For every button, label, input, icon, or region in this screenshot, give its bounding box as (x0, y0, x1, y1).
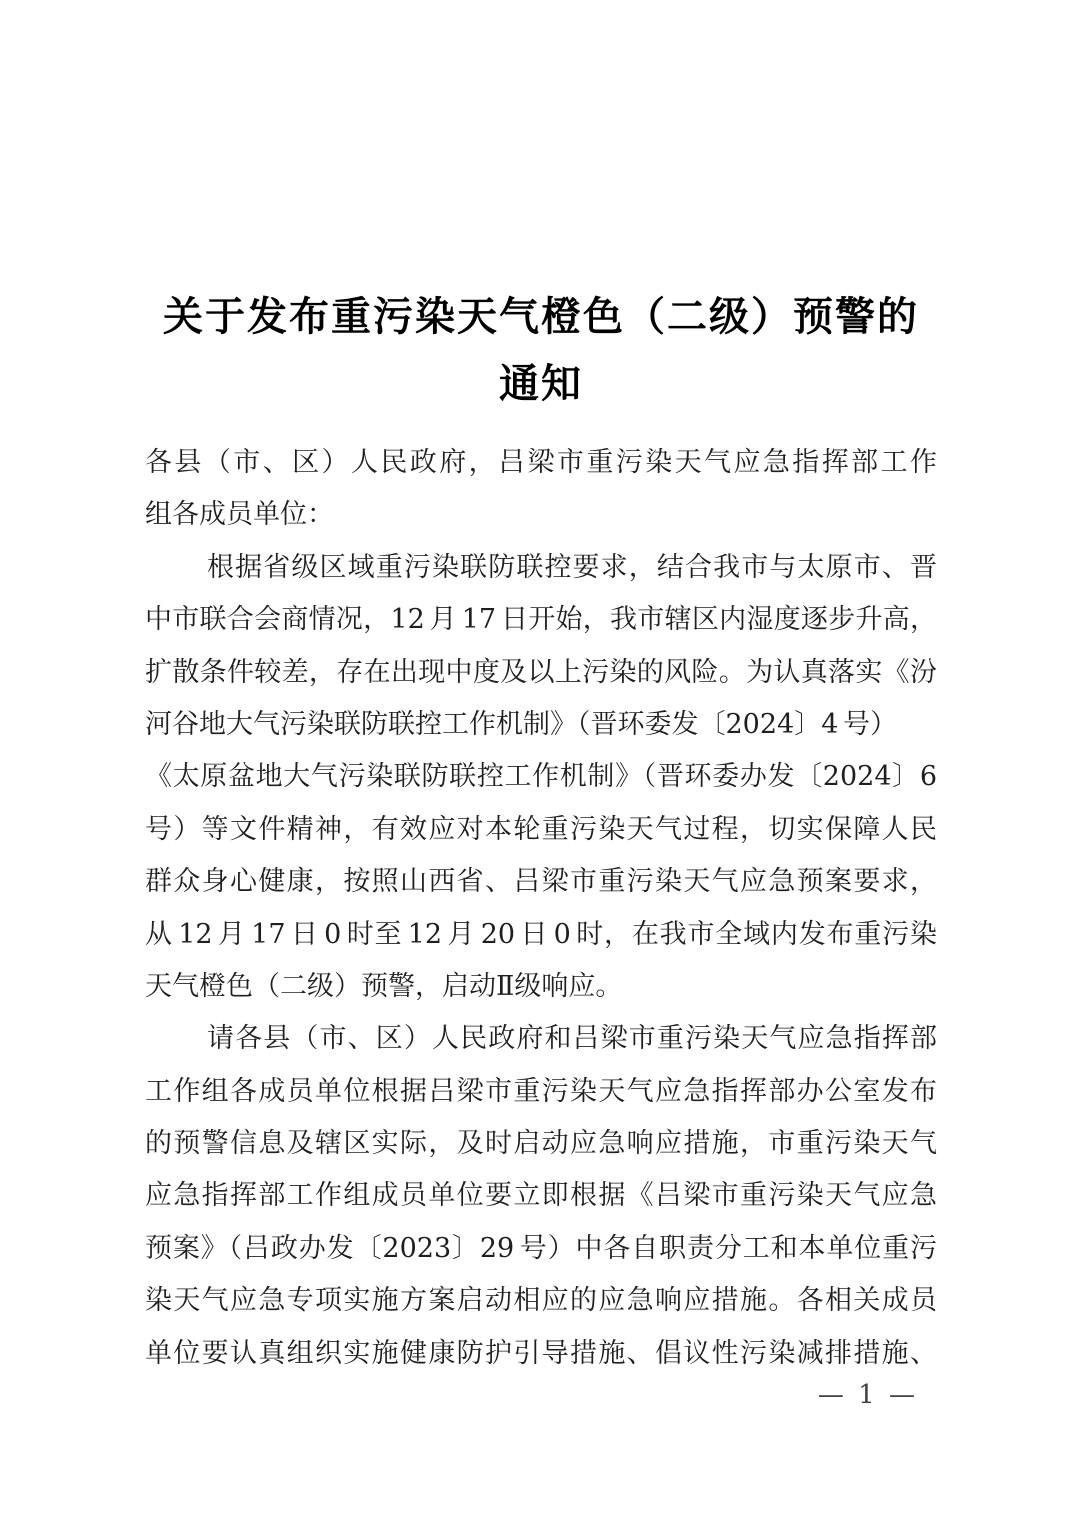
body-line: 扩散条件较差，存在出现中度及以上污染的风险。为认真落实《汾 (145, 647, 937, 699)
body-line: 中市联合会商情况，12 月 17 日开始，我市辖区内湿度逐步升高， (145, 594, 937, 646)
body-line: 工作组各成员单位根据吕梁市重污染天气应急指挥部办公室发布 (145, 1066, 937, 1118)
body-line: 应急指挥部工作组成员单位要立即根据《吕梁市重污染天气应急 (145, 1170, 937, 1222)
body-line: 请各县（市、区）人民政府和吕梁市重污染天气应急指挥部 (145, 1013, 937, 1065)
body-line: 根据省级区域重污染联防联控要求，结合我市与太原市、晋 (145, 542, 937, 594)
body-line: 天气橙色（二级）预警，启动Ⅱ级响应。 (145, 961, 937, 1013)
body-line: 预案》（吕政办发〔2023〕29 号）中各自职责分工和本单位重污 (145, 1223, 937, 1275)
document-body: 各县（市、区）人民政府，吕梁市重污染天气应急指挥部工作 组各成员单位： 根据省级… (145, 437, 937, 1380)
body-line: 各县（市、区）人民政府，吕梁市重污染天气应急指挥部工作 (145, 437, 937, 489)
body-line: 组各成员单位： (145, 489, 937, 541)
document-page: 关于发布重污染天气橙色（二级）预警的 通知 各县（市、区）人民政府，吕梁市重污染… (0, 0, 1080, 1527)
body-line: 的预警信息及辖区实际，及时启动应急响应措施，市重污染天气 (145, 1118, 937, 1170)
body-line: 单位要认真组织实施健康防护引导措施、倡议性污染减排措施、 (145, 1328, 937, 1380)
body-line: 《太原盆地大气污染联防联控工作机制》（晋环委办发〔2024〕6 (145, 751, 937, 803)
body-line: 河谷地大气污染联防联控工作机制》（晋环委发〔2024〕4 号） (145, 699, 937, 751)
body-line: 号）等文件精神，有效应对本轮重污染天气过程，切实保障人民 (145, 804, 937, 856)
title-line-1: 关于发布重污染天气橙色（二级）预警的 (145, 284, 937, 351)
page-number: — 1 — (818, 1380, 918, 1410)
body-line: 从 12 月 17 日 0 时至 12 月 20 日 0 时，在我市全域内发布重… (145, 909, 937, 961)
body-line: 群众身心健康，按照山西省、吕梁市重污染天气应急预案要求， (145, 856, 937, 908)
body-line: 染天气应急专项实施方案启动相应的应急响应措施。各相关成员 (145, 1275, 937, 1327)
title-line-2: 通知 (145, 351, 937, 418)
document-title: 关于发布重污染天气橙色（二级）预警的 通知 (145, 284, 937, 418)
